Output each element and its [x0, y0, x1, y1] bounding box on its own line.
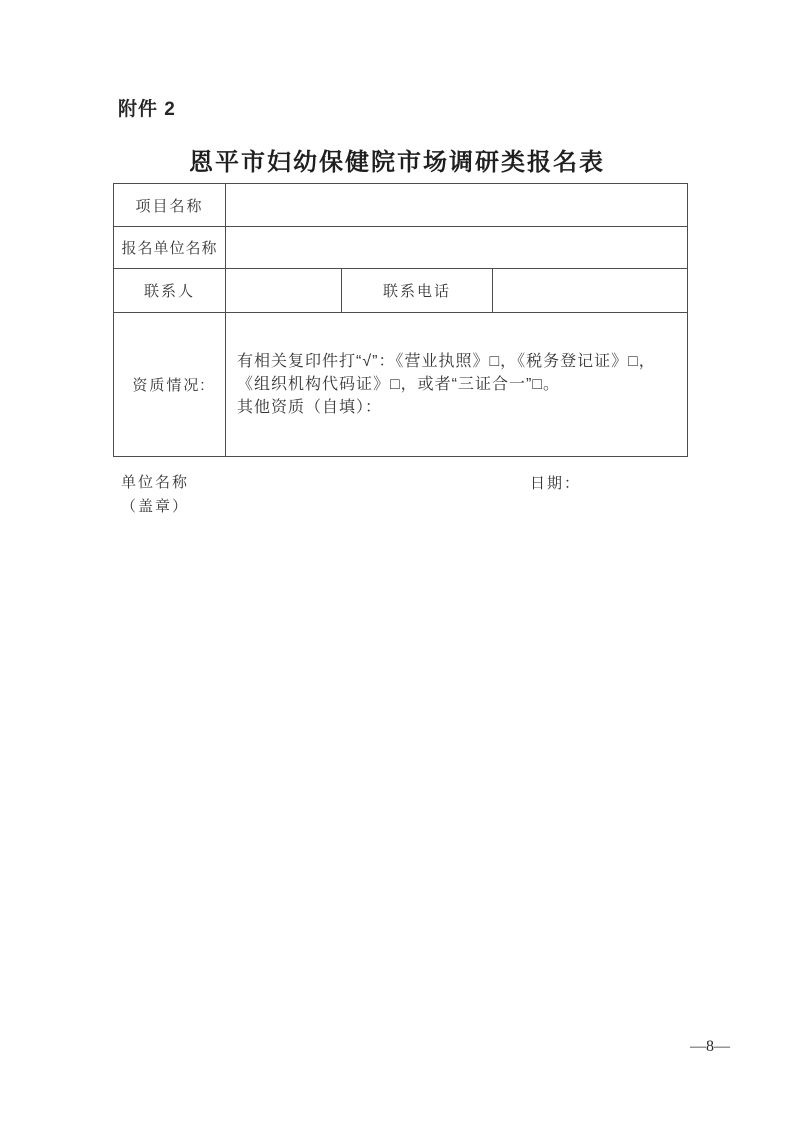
project-name-field[interactable] — [226, 184, 688, 227]
table-row-contact: 联系人 联系电话 — [114, 269, 688, 313]
qualification-instruction-line1: 有相关复印件打“√”：《营业执照》□，《税务登记证》□， — [237, 350, 677, 373]
page-number: —8— — [0, 1038, 730, 1056]
table-row-project-name: 项目名称 — [114, 184, 688, 227]
project-name-label: 项目名称 — [114, 184, 226, 227]
contact-person-field[interactable] — [226, 269, 342, 313]
attachment-label: 附件 2 — [118, 94, 176, 121]
signature-unit-name-label: 单位名称 — [121, 471, 189, 495]
page-title: 恩平市妇幼保健院市场调研类报名表 — [0, 142, 794, 177]
document-page: 附件 2 恩平市妇幼保健院市场调研类报名表 项目名称 报名单位名称 联系人 联系… — [0, 0, 794, 1123]
unit-name-field[interactable] — [226, 227, 688, 269]
contact-phone-field[interactable] — [493, 269, 688, 313]
signature-block: 单位名称 （盖章） — [121, 471, 189, 519]
qualification-field[interactable]: 有相关复印件打“√”：《营业执照》□，《税务登记证》□， 《组织机构代码证》□，… — [226, 313, 688, 457]
contact-person-label: 联系人 — [114, 269, 226, 313]
table-row-unit-name: 报名单位名称 — [114, 227, 688, 269]
qualification-label: 资质情况: — [114, 313, 226, 457]
table-row-qualification: 资质情况: 有相关复印件打“√”：《营业执照》□，《税务登记证》□， 《组织机构… — [114, 313, 688, 457]
contact-phone-label: 联系电话 — [342, 269, 493, 313]
signature-seal-label: （盖章） — [121, 495, 189, 519]
registration-form-table: 项目名称 报名单位名称 联系人 联系电话 资质情况: 有相关复印件打“√”：《营… — [113, 183, 688, 457]
date-label: 日期： — [530, 472, 581, 493]
qualification-instruction-line2: 《组织机构代码证》□，或者“三证合一”□。 — [237, 373, 677, 396]
unit-name-label: 报名单位名称 — [114, 227, 226, 269]
qualification-other-label: 其他资质（自填）： — [237, 396, 677, 419]
